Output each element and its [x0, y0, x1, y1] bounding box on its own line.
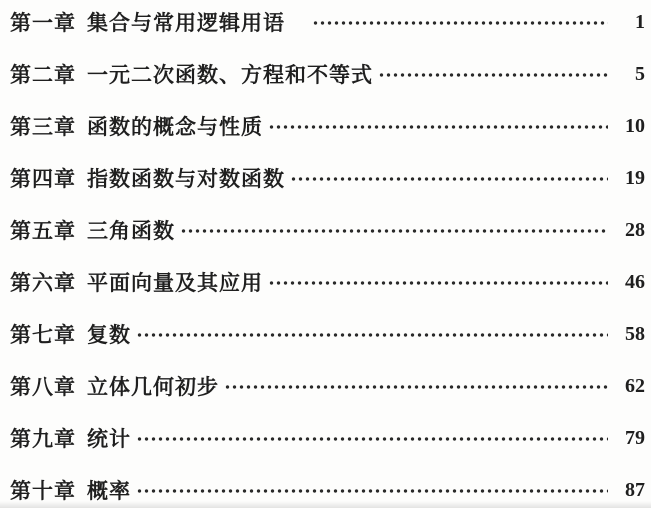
page-number: 58 [617, 323, 645, 346]
chapter-label: 第七章 [10, 319, 87, 349]
chapter-label: 第二章 [10, 59, 87, 89]
page-number: 5 [617, 63, 645, 86]
toc-list: 第一章 集合与常用逻辑用语 1 第二章 一元二次函数、方程和不等式 5 第三章 … [0, 0, 651, 502]
chapter-label: 第三章 [10, 111, 87, 141]
chapter-label: 第五章 [10, 215, 87, 245]
toc-entry: 第三章 函数的概念与性质 10 [10, 114, 645, 138]
chapter-label: 第一章 [10, 7, 87, 37]
toc-entry: 第八章 立体几何初步 62 [10, 374, 645, 398]
page-number: 62 [617, 375, 645, 398]
toc-entry: 第六章 平面向量及其应用 46 [10, 270, 645, 294]
page-number: 1 [617, 11, 645, 34]
chapter-title: 平面向量及其应用 [87, 267, 263, 297]
toc-entry: 第九章 统计 79 [10, 426, 645, 450]
toc-entry: 第十章 概率 87 [10, 478, 645, 502]
chapter-title: 一元二次函数、方程和不等式 [87, 59, 373, 89]
page-number: 79 [617, 427, 645, 450]
chapter-title: 复数 [87, 319, 131, 349]
chapter-label: 第九章 [10, 423, 87, 453]
page-number: 10 [617, 115, 645, 138]
toc-entry: 第四章 指数函数与对数函数 19 [10, 166, 645, 190]
dot-leader [312, 20, 608, 26]
chapter-title: 集合与常用逻辑用语 [87, 7, 307, 37]
chapter-title: 三角函数 [87, 215, 175, 245]
page-number: 28 [617, 219, 645, 242]
toc-entry: 第五章 三角函数 28 [10, 218, 645, 242]
dot-leader [378, 72, 608, 78]
chapter-label: 第四章 [10, 163, 87, 193]
chapter-title: 函数的概念与性质 [87, 111, 263, 141]
dot-leader [136, 332, 608, 338]
dot-leader [268, 124, 608, 130]
dot-leader [136, 436, 608, 442]
page-number: 19 [617, 167, 645, 190]
chapter-title: 立体几何初步 [87, 371, 219, 401]
page-number: 46 [617, 271, 645, 294]
chapter-title: 指数函数与对数函数 [87, 163, 285, 193]
dot-leader [224, 384, 608, 390]
dot-leader [180, 228, 608, 234]
toc-entry: 第七章 复数 58 [10, 322, 645, 346]
toc-entry: 第一章 集合与常用逻辑用语 1 [10, 10, 645, 34]
dot-leader [290, 176, 608, 182]
chapter-label: 第六章 [10, 267, 87, 297]
chapter-label: 第十章 [10, 475, 87, 505]
dot-leader [268, 280, 608, 286]
chapter-title: 统计 [87, 423, 131, 453]
dot-leader [136, 488, 608, 494]
toc-entry: 第二章 一元二次函数、方程和不等式 5 [10, 62, 645, 86]
chapter-title: 概率 [87, 475, 131, 505]
chapter-label: 第八章 [10, 371, 87, 401]
toc-page: 第一章 集合与常用逻辑用语 1 第二章 一元二次函数、方程和不等式 5 第三章 … [0, 0, 651, 508]
page-number: 87 [617, 479, 645, 502]
